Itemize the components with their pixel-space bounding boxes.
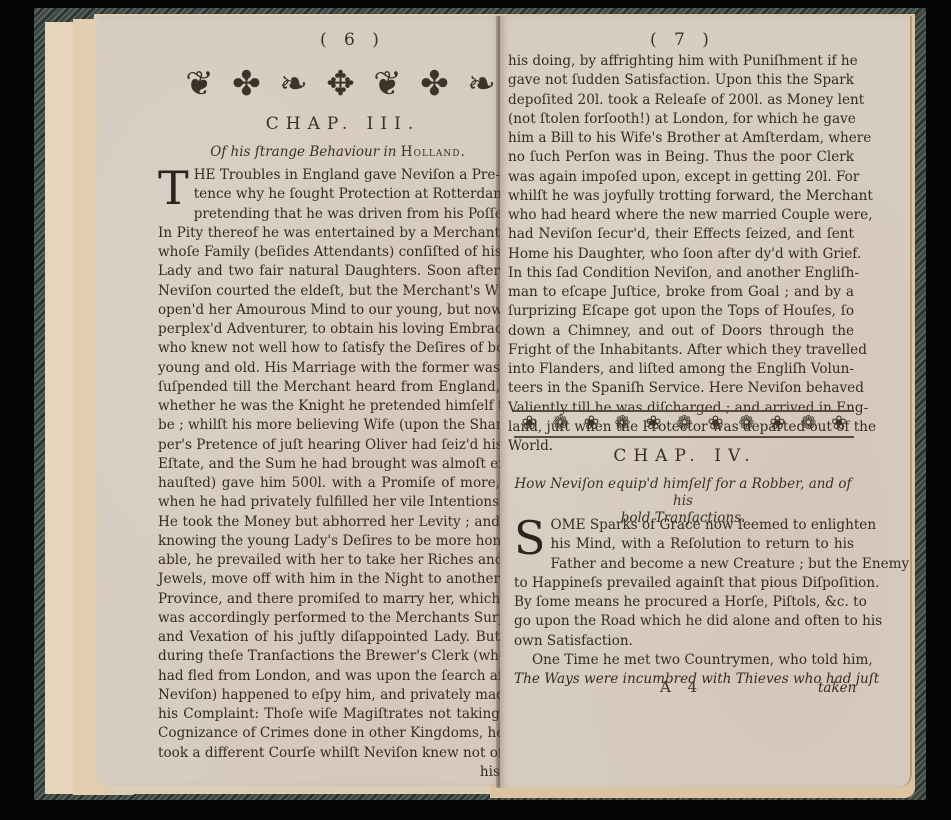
text-line: was again impoſed upon, except in gettin… (508, 168, 854, 187)
text-line: no ſuch Perſon was in Being. Thus the po… (508, 148, 854, 167)
right-page: ( 7 ) his doing, by affrighting him with… (500, 16, 912, 788)
chapter-heading: CHAP. III. (218, 114, 468, 134)
text-line: He took the Money but abhorred her Levit… (158, 513, 500, 532)
left-page: ( 6 ) ❦ ✤ ❧ ✥ ❦ ✤ ❧ CHAP. III. Of his ſt… (98, 16, 500, 786)
headpiece-ornament: ❦ ✤ ❧ ✥ ❦ ✤ ❧ (176, 64, 506, 104)
text-line: gave not ſudden Satisfaction. Upon this … (508, 71, 854, 90)
text-line: Fright of the Inhabitants. After which t… (508, 341, 854, 360)
text-line: ſuſpended till the Merchant heard from E… (158, 378, 500, 397)
text-line: Eſtate, and the Sum he had brought was a… (158, 455, 500, 474)
drop-cap: T (158, 168, 189, 208)
text-line: pretending that he was driven from his P… (158, 205, 500, 224)
ornament-glyph: ❀ (514, 412, 545, 436)
ornament-glyph: ✤ (223, 64, 270, 104)
text-line: whilſt he was joyfully trotting forward,… (508, 187, 854, 206)
chapter-heading: CHAP. IV. (560, 446, 810, 466)
ornament-glyph: ❁ (731, 412, 762, 436)
chapter-body-text-continued: his doing, by affrighting him with Puniſ… (508, 52, 854, 456)
text-line: Father and become a new Creature ; but t… (514, 555, 854, 574)
ornament-glyph: ❁ (545, 412, 576, 436)
text-line: ſurprizing Eſcape got upon the Tops of H… (508, 302, 854, 321)
text-line: (not ſtolen forſooth!) at London, for wh… (508, 110, 854, 129)
text-line: his Complaint: Thoſe wiſe Magiſtrates no… (158, 705, 500, 724)
ornament-glyph: ❀ (576, 412, 607, 436)
text-line: perplex'd Adventurer, to obtain his lovi… (158, 320, 500, 339)
text-line: tence why he ſought Protection at Rotter… (158, 185, 500, 204)
text-line: took a different Courſe whilſt Neviſon k… (158, 744, 500, 763)
ornament-glyph: ❁ (669, 412, 700, 436)
ornament-glyph: ❀ (700, 412, 731, 436)
text-line: depoſited 20l. took a Releaſe of 200l. a… (508, 91, 854, 110)
text-line: One Time he met two Countrymen, who told… (514, 651, 854, 670)
ornament-glyph: ✤ (411, 64, 458, 104)
chapter-body-text: S OME Sparks of Grace now ſeemed to enli… (514, 516, 854, 689)
text-line: him a Bill to his Wife's Brother at Amſt… (508, 129, 854, 148)
signature-mark: A 4 (660, 678, 703, 696)
text-line: whoſe Family (beſides Attendants) conſiſ… (158, 243, 500, 262)
catchword: his (158, 763, 500, 782)
text-line: In this ſad Condition Neviſon, and anoth… (508, 264, 854, 283)
text-line: during theſe Tranſactions the Brewer's C… (158, 647, 500, 666)
text-line: Lady and two fair natural Daughters. Soo… (158, 262, 500, 281)
text-line: go upon the Road which he did alone and … (514, 612, 854, 631)
page-number: ( 6 ) (320, 30, 385, 50)
text-line: had Neviſon ſecur'd, their Effects ſeize… (508, 225, 854, 244)
ornament-glyph: ❁ (793, 412, 824, 436)
text-line: Province, and there promiſed to marry he… (158, 590, 500, 609)
ornament-glyph: ❁ (607, 412, 638, 436)
chapter-body-text: T HE Troubles in England gave Neviſon a … (158, 166, 500, 782)
text-line: Home his Daughter, who ſoon after dy'd w… (508, 245, 854, 264)
text-line: down a Chimney, and out of Doors through… (508, 322, 854, 341)
ornament-glyph: ❀ (762, 412, 793, 436)
text-line: young and old. His Marriage with the for… (158, 359, 500, 378)
subtitle-place: Holland. (401, 144, 466, 160)
text-line: In Pity thereof he was entertained by a … (158, 224, 500, 243)
ornament-glyph: ❦ (364, 64, 411, 104)
chapter-subtitle: Of his ſtrange Behaviour in Holland. (178, 144, 498, 161)
text-line: whether he was the Knight he pretended h… (158, 397, 500, 416)
text-line: Neviſon courted the eldeſt, but the Merc… (158, 282, 500, 301)
text-line: had fled from London, and was upon the ſ… (158, 667, 500, 686)
page-number: ( 7 ) (650, 30, 715, 50)
text-line: was accordingly performed to the Merchan… (158, 609, 500, 628)
text-line: into Flanders, and liſted among the Engl… (508, 360, 854, 379)
text-line: knowing the young Lady's Deſires to be m… (158, 532, 500, 551)
text-line: and Vexation of his juſtly diſappointed … (158, 628, 500, 647)
text-line: be ; whilſt his more believing Wife (upo… (158, 416, 500, 435)
text-line: Jewels, move off with him in the Night t… (158, 570, 500, 589)
text-line: Neviſon) happened to eſpy him, and priva… (158, 686, 500, 705)
text-line: own Satisfaction. (514, 632, 854, 651)
text-line: HE Troubles in England gave Neviſon a Pr… (158, 166, 500, 185)
text-line: who had heard where the new married Coup… (508, 206, 854, 225)
ornament-glyph: ❀ (638, 412, 669, 436)
text-line: his doing, by affrighting him with Puniſ… (508, 52, 854, 71)
text-line: hauſted) gave him 500l. with a Promiſe o… (158, 474, 500, 493)
subtitle-line: How Neviſon equip'd himſelf for a Robber… (508, 476, 858, 510)
text-line: open'd her Amourous Mind to our young, b… (158, 301, 500, 320)
ornament-glyph: ❦ (176, 64, 223, 104)
ornament-glyph: ❧ (270, 64, 317, 104)
text-line: his Mind, with a Reſolution to return to… (514, 535, 854, 554)
catchword: taken (818, 680, 856, 696)
ornament-glyph: ✥ (317, 64, 364, 104)
text-line: Cognizance of Crimes done in other Kingd… (158, 724, 500, 743)
text-line: when he had privately fulfilled her vile… (158, 493, 500, 512)
text-line: able, he prevailed with her to take her … (158, 551, 500, 570)
subtitle-text: Of his ſtrange Behaviour in (210, 144, 401, 160)
text-line: OME Sparks of Grace now ſeemed to enligh… (514, 516, 854, 535)
text-line: By ſome means he procured a Horſe, Piſto… (514, 593, 854, 612)
text-line: who knew not well how to ſatisfy the Deſ… (158, 339, 500, 358)
drop-cap: S (514, 518, 546, 558)
headpiece-ornament: ❀ ❁ ❀ ❁ ❀ ❁ ❀ ❁ ❀ ❁ ❀ (514, 410, 854, 438)
text-line: to Happineſs prevailed againſt that piou… (514, 574, 854, 593)
text-line: man to eſcape Juſtice, broke from Goal ;… (508, 283, 854, 302)
ornament-glyph: ❀ (824, 412, 854, 436)
text-line: teers in the Spaniſh Service. Here Neviſ… (508, 379, 854, 398)
text-line: per's Pretence of juſt hearing Oliver ha… (158, 436, 500, 455)
